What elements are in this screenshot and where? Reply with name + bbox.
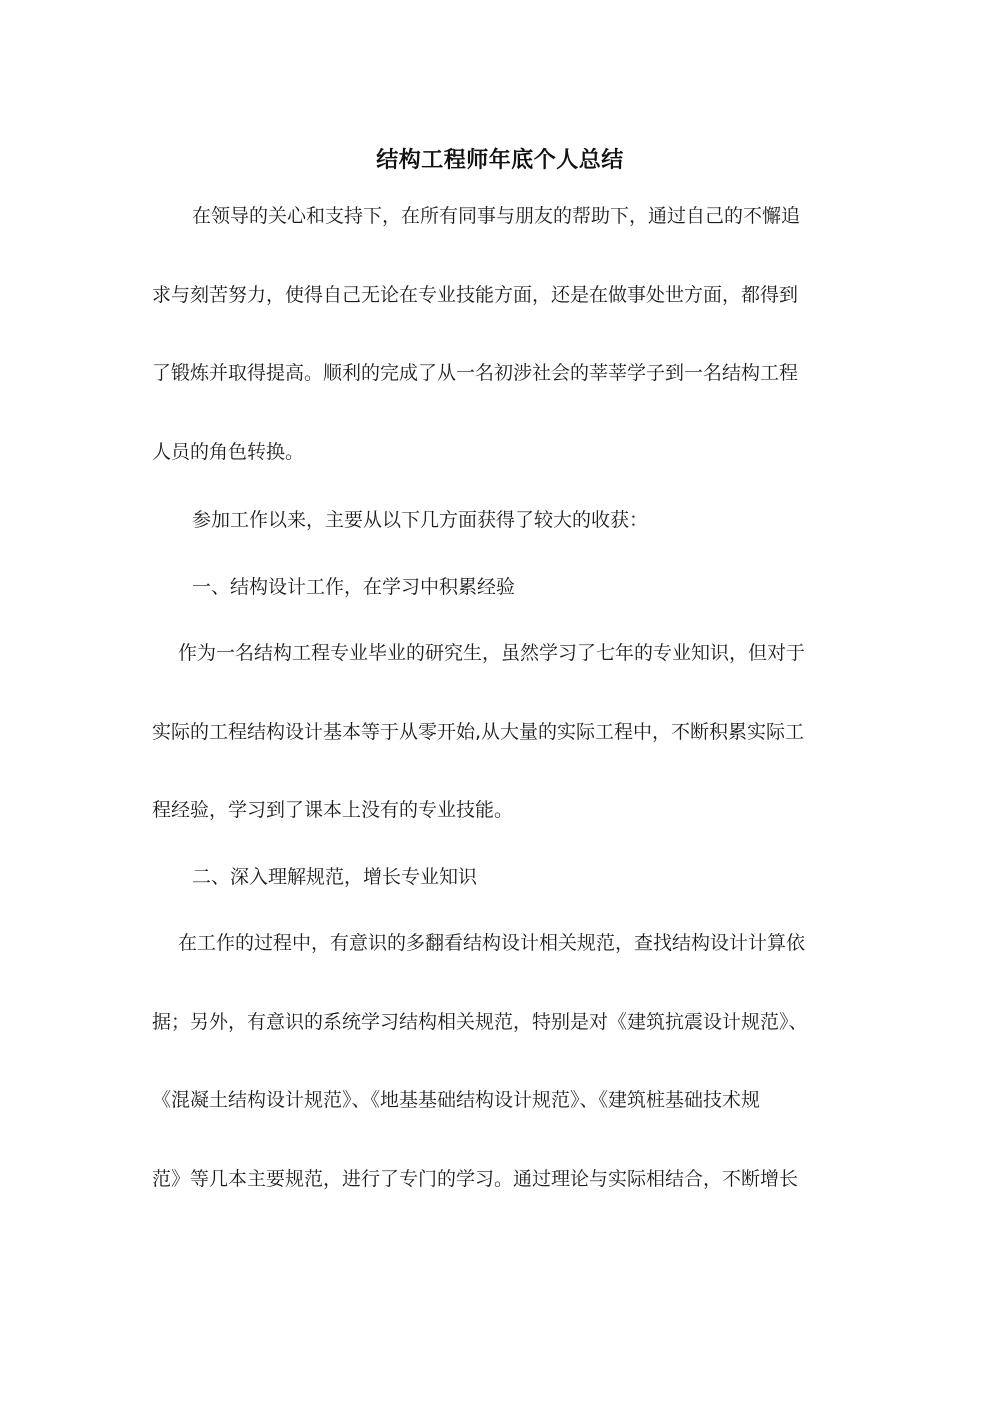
section-heading-2: 二、深入理解规范，增长专业知识 <box>192 864 477 890</box>
text-line: 求与刻苦努力，使得自己无论在专业技能方面，还是在做事处世方面，都得到 <box>152 282 798 308</box>
document-page: 结构工程师年底个人总结 在领导的关心和支持下，在所有同事与朋友的帮助下，通过自己… <box>0 0 1000 1415</box>
text-line: 《混凝土结构设计规范》、《地基基础结构设计规范》、《建筑桩基础技术规 <box>152 1087 760 1113</box>
text-line: 人员的角色转换。 <box>152 439 304 465</box>
text-line: 在领导的关心和支持下，在所有同事与朋友的帮助下，通过自己的不懈追 <box>192 203 800 229</box>
text-line: 在工作的过程中，有意识的多翻看结构设计相关规范，查找结构设计计算依 <box>178 930 805 956</box>
text-line: 作为一名结构工程专业毕业的研究生，虽然学习了七年的专业知识，但对于 <box>178 640 805 666</box>
document-title: 结构工程师年底个人总结 <box>0 143 1000 174</box>
text-line: 范》等几本主要规范，进行了专门的学习。通过理论与实际相结合，不断增长 <box>152 1166 798 1192</box>
text-line: 了锻炼并取得提高。顺利的完成了从一名初涉社会的莘莘学子到一名结构工程 <box>152 360 798 386</box>
section-heading-1: 一、结构设计工作，在学习中积累经验 <box>192 574 515 600</box>
text-line: 程经验，学习到了课本上没有的专业技能。 <box>152 797 513 823</box>
text-line: 据；另外，有意识的系统学习结构相关规范，特别是对《建筑抗震设计规范》、 <box>152 1009 808 1035</box>
text-line: 实际的工程结构设计基本等于从零开始,从大量的实际工程中，不断积累实际工 <box>152 719 804 745</box>
text-line: 参加工作以来，主要从以下几方面获得了较大的收获： <box>192 507 648 533</box>
